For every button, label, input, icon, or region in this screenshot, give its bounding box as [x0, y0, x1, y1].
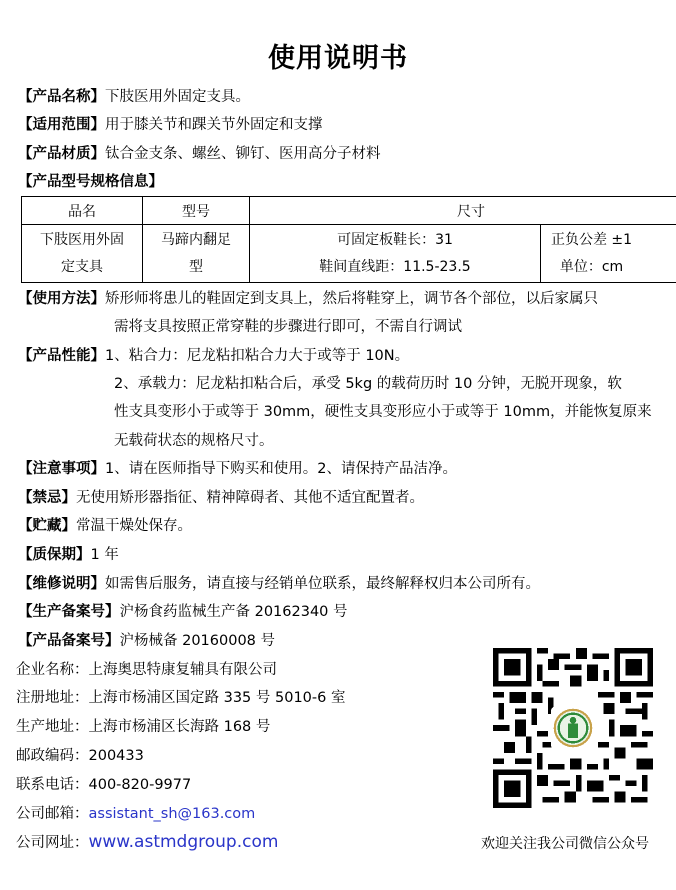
performance-line-2: 2、承载力：尼龙粘扣粘合后，承受 5kg 的载荷历时 10 分钟，无脱开现象，软 [114, 375, 622, 393]
header-name: 品名 [22, 197, 143, 225]
spec-heading: 【产品型号规格信息】 [18, 173, 163, 191]
page-title: 使用说明书 [0, 36, 676, 75]
field-label: 【产品材质】 [18, 146, 105, 162]
cell-tolerance: 正负公差 ±1单位：cm [541, 225, 676, 283]
website-link[interactable]: www.astmdgroup.com [89, 832, 279, 852]
phone-row: 联系电话：400-820-9977 [16, 776, 191, 794]
repair-row: 【维修说明】如需售后服务，请直接与经销单位联系，最终解释权归本公司所有。 [18, 575, 540, 593]
field-label: 【产品备案号】 [18, 633, 120, 649]
field-label: 【产品名称】 [18, 89, 105, 105]
field-label: 【适用范围】 [18, 117, 105, 133]
production-record-row: 【生产备案号】沪杨食药监械生产备 20162340 号 [18, 603, 348, 621]
performance-line-3: 性支具变形小于或等于 30mm，硬性支具变形应小于或等于 10mm，并能恢复原来 [114, 403, 652, 421]
website-row: 公司网址：www.astmdgroup.com [16, 833, 278, 852]
field-label: 【禁忌】 [18, 490, 76, 506]
table-header-row: 品名 型号 尺寸 [22, 197, 676, 225]
email-row: 公司邮箱：assistant_sh@163.com [16, 805, 255, 823]
field-value: 下肢医用外固定支具。 [105, 89, 250, 105]
contraindications-row: 【禁忌】无使用矫形器指征、精神障碍者、其他不适宜配置者。 [18, 489, 424, 507]
company-name-row: 企业名称：上海奥思特康复辅具有限公司 [16, 661, 277, 679]
field-label: 【产品性能】 [18, 348, 105, 364]
spec-table: 品名 型号 尺寸 下肢医用外固定支具 马蹄内翻足型 可固定板鞋长：31鞋间直线距… [21, 196, 676, 283]
email-link[interactable]: assistant_sh@163.com [89, 806, 256, 822]
field-label: 【注意事项】 [18, 461, 105, 477]
field-value: 钛合金支条、螺丝、铆钉、医用高分子材料 [105, 146, 381, 162]
usage-row: 【使用方法】矫形师将患儿的鞋固定到支具上，然后将鞋穿上，调节各个部位，以后家属只 [18, 290, 598, 308]
material-row: 【产品材质】钛合金支条、螺丝、铆钉、医用高分子材料 [18, 145, 381, 163]
header-size: 尺寸 [250, 197, 676, 225]
cell-name: 下肢医用外固定支具 [22, 225, 143, 283]
qr-caption: 欢迎关注我公司微信公众号 [481, 833, 649, 853]
field-label: 【维修说明】 [18, 576, 105, 592]
field-value: 沪杨械备 20160008 号 [120, 633, 276, 649]
performance-row: 【产品性能】1、粘合力：尼龙粘扣粘合力大于或等于 10N。 [18, 347, 409, 365]
header-model: 型号 [143, 197, 250, 225]
scope-row: 【适用范围】用于膝关节和踝关节外固定和支撑 [18, 116, 323, 134]
notes-row: 【注意事项】1、请在医师指导下购买和使用。2、请保持产品洁净。 [18, 460, 457, 478]
prod-address-row: 生产地址：上海市杨浦区长海路 168 号 [16, 718, 270, 736]
field-value: 用于膝关节和踝关节外固定和支撑 [105, 117, 323, 133]
reg-address-row: 注册地址：上海市杨浦区国定路 335 号 5010-6 室 [16, 689, 345, 707]
cell-size: 可固定板鞋长：31鞋间直线距：11.5-23.5 [250, 225, 541, 283]
product-record-row: 【产品备案号】沪杨械备 20160008 号 [18, 632, 275, 650]
field-label: 【使用方法】 [18, 291, 105, 307]
warranty-row: 【质保期】1 年 [18, 546, 119, 564]
field-value: 矫形师将患儿的鞋固定到支具上，然后将鞋穿上，调节各个部位，以后家属只 [105, 291, 598, 307]
storage-row: 【贮藏】常温干燥处保存。 [18, 517, 192, 535]
field-value: 1、粘合力：尼龙粘扣粘合力大于或等于 10N。 [105, 348, 409, 364]
field-value: 常温干燥处保存。 [76, 518, 192, 534]
cell-model: 马蹄内翻足型 [143, 225, 250, 283]
field-label: 【贮藏】 [18, 518, 76, 534]
field-label: 【生产备案号】 [18, 604, 120, 620]
qr-code-icon [493, 648, 653, 808]
field-label: 【产品型号规格信息】 [18, 174, 163, 190]
field-value: 1、请在医师指导下购买和使用。2、请保持产品洁净。 [105, 461, 457, 477]
product-name-row: 【产品名称】下肢医用外固定支具。 [18, 88, 250, 106]
usage-line-2: 需将支具按照正常穿鞋的步骤进行即可，不需自行调试 [114, 318, 462, 336]
field-value: 如需售后服务，请直接与经销单位联系，最终解释权归本公司所有。 [105, 576, 540, 592]
field-value: 无使用矫形器指征、精神障碍者、其他不适宜配置者。 [76, 490, 424, 506]
field-value: 沪杨食药监械生产备 20162340 号 [120, 604, 348, 620]
table-row: 下肢医用外固定支具 马蹄内翻足型 可固定板鞋长：31鞋间直线距：11.5-23.… [22, 225, 676, 283]
field-label: 【质保期】 [18, 547, 91, 563]
performance-line-4: 无载荷状态的规格尺寸。 [114, 432, 274, 450]
postcode-row: 邮政编码：200433 [16, 747, 144, 765]
field-value: 1 年 [91, 547, 119, 563]
